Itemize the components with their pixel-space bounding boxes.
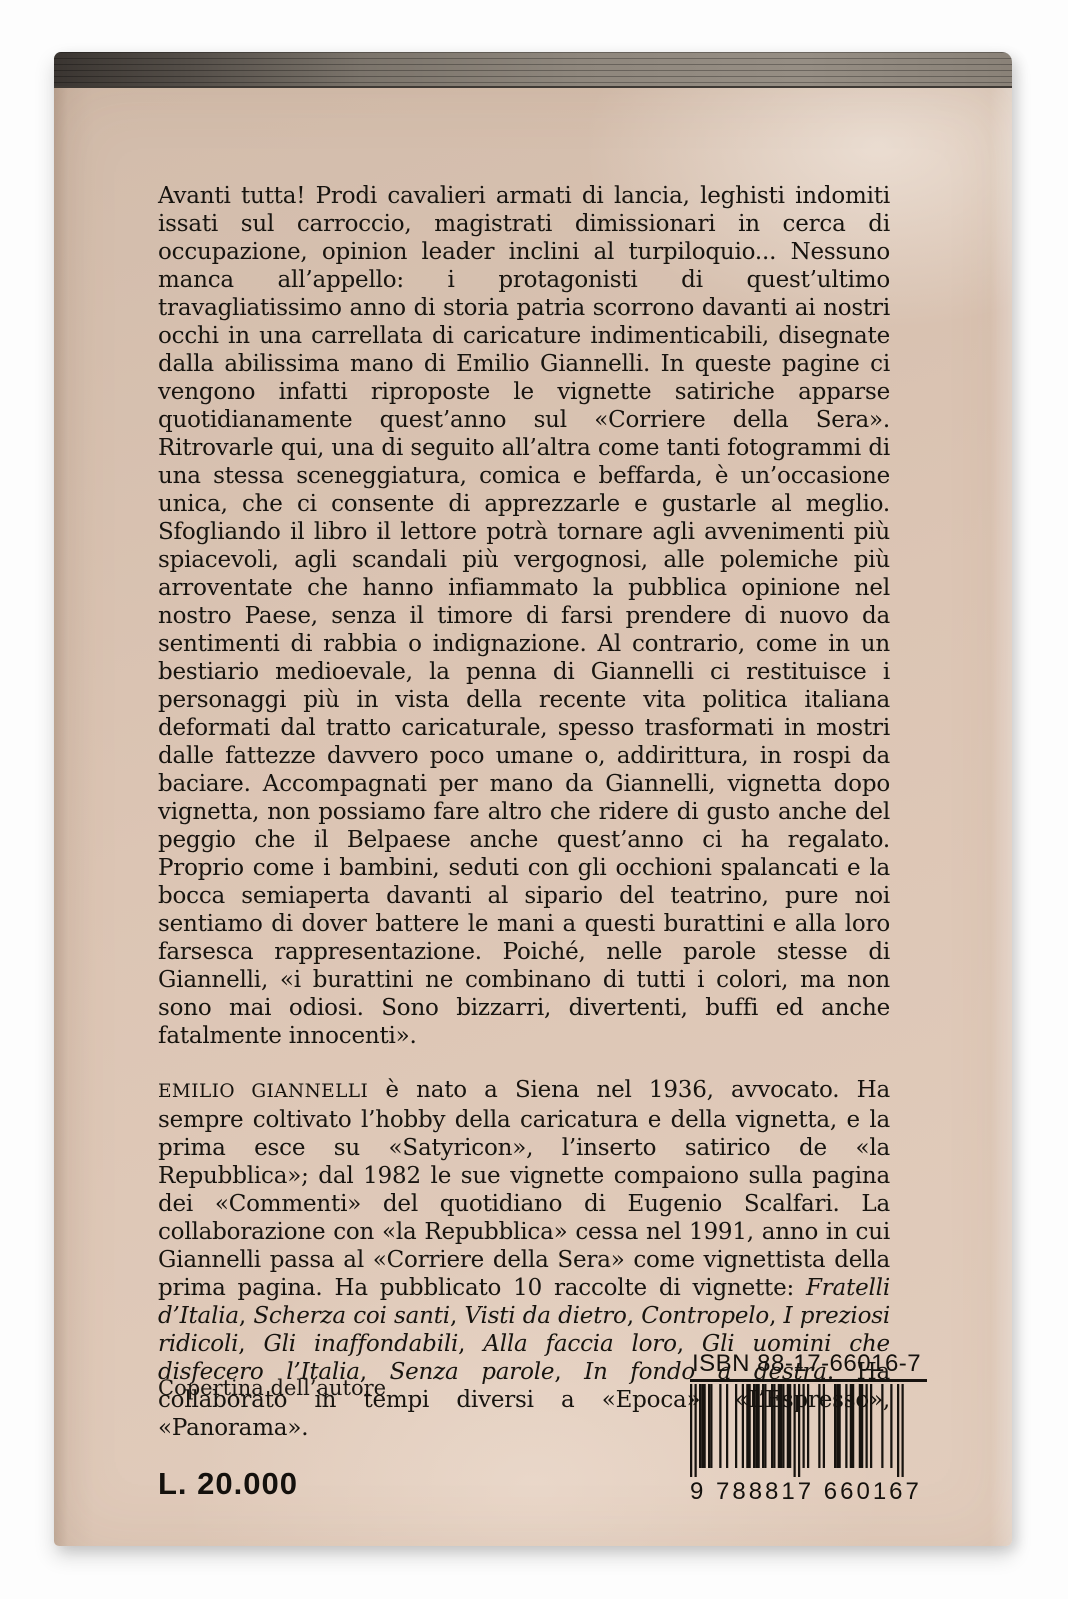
isbn-block: ISBN 88-17-66016-7 9 788817 660167 <box>690 1350 960 1506</box>
price-label: L. 20.000 <box>158 1466 298 1502</box>
book-title: Alla faccia loro <box>483 1331 676 1357</box>
text-column: Avanti tutta! Prodi cavalieri armati di … <box>158 182 890 1442</box>
photo-background: Avanti tutta! Prodi cavalieri armati di … <box>0 0 1068 1599</box>
book-title: Visti da dietro <box>464 1303 626 1329</box>
author-name: Emilio Giannelli <box>158 1081 368 1102</box>
bio-text-segment: , <box>627 1303 641 1329</box>
book-title: Senza parole <box>390 1359 555 1385</box>
cover-credit-label: Copertina dell’autore <box>158 1376 386 1400</box>
bio-text-segment: , <box>239 1303 253 1329</box>
book-title: Gli inaffondabili <box>263 1331 458 1357</box>
cover-face: Avanti tutta! Prodi cavalieri armati di … <box>54 88 1012 1546</box>
book-page-edge <box>54 52 1012 88</box>
bio-text-segment: , <box>238 1331 263 1357</box>
barcode <box>690 1384 960 1477</box>
bio-text-segment: , <box>554 1359 584 1385</box>
isbn-label: ISBN 88-17-66016-7 <box>690 1350 927 1382</box>
barcode-digits: 9 788817 660167 <box>690 1478 960 1506</box>
bio-text-segment: , <box>458 1331 483 1357</box>
bio-text-segment: , <box>769 1303 783 1329</box>
book-title: Contropelo <box>641 1303 769 1329</box>
book-title: Scherza coi santi <box>253 1303 450 1329</box>
book-back-cover: Avanti tutta! Prodi cavalieri armati di … <box>54 52 1012 1546</box>
bio-text-segment: , <box>450 1303 464 1329</box>
bio-text-segment: è nato a Siena nel 1936, avvocato. Ha se… <box>158 1077 890 1301</box>
blurb-paragraph: Avanti tutta! Prodi cavalieri armati di … <box>158 182 890 1050</box>
